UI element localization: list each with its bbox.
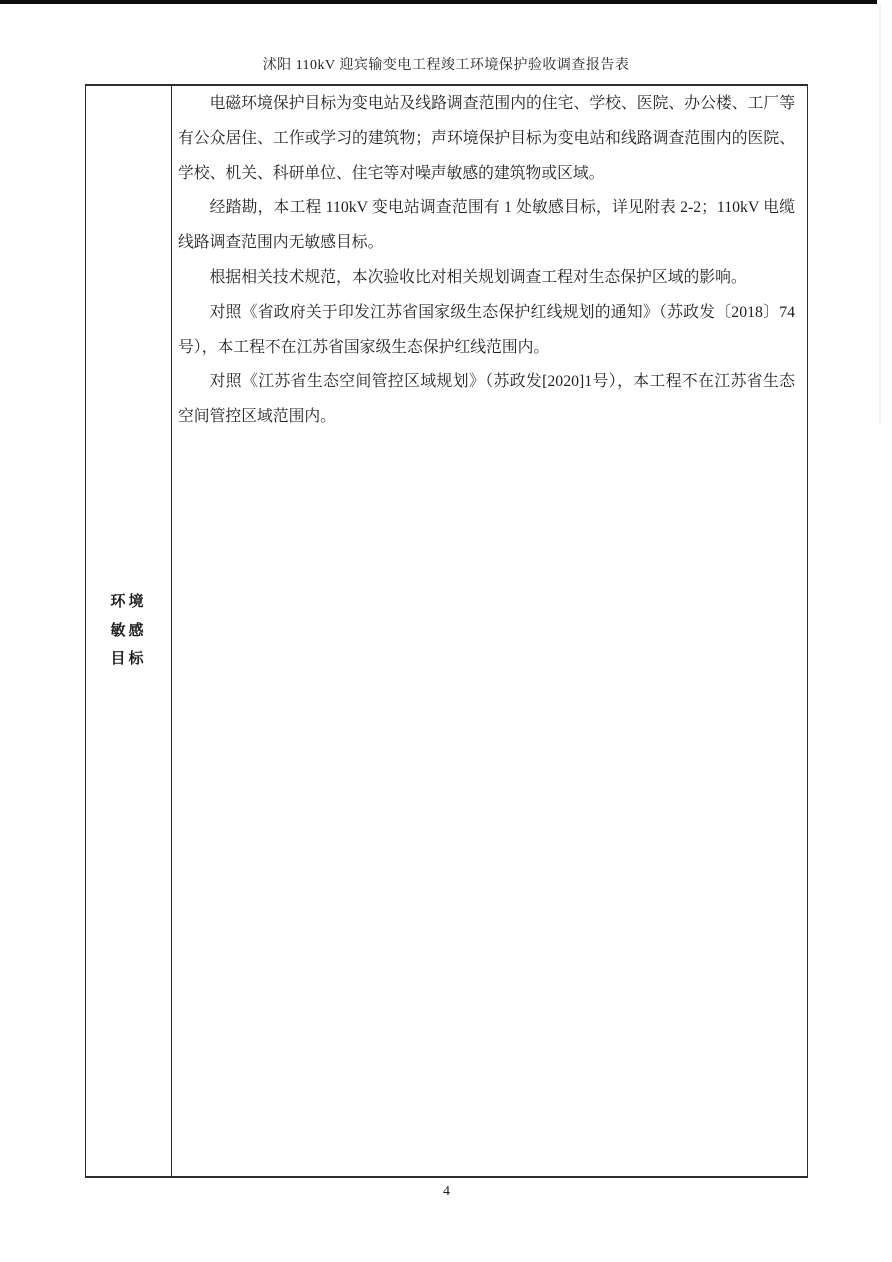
document-header-title: 沭阳 110kV 迎宾输变电工程竣工环境保护验收调查报告表 [0, 56, 892, 76]
paragraph: 根据相关技术规范，本次验收比对相关规划调查工程对生态保护区域的影响。 [178, 261, 795, 296]
page-number: 4 [443, 1184, 450, 1199]
page-footer: 4 [85, 1182, 808, 1200]
row-label-environment-sensitive-targets: 环境敏感目标 [110, 588, 148, 674]
paragraph: 经踏勘，本工程 110kV 变电站调查范围有 1 处敏感目标，详见附表 2-2；… [178, 191, 795, 261]
document-page: 沭阳 110kV 迎宾输变电工程竣工环境保护验收调查报告表 环境敏感目标 电磁环… [0, 0, 892, 1262]
paragraph: 电磁环境保护目标为变电站及线路调查范围内的住宅、学校、医院、办公楼、工厂等有公众… [178, 87, 795, 191]
paragraph: 对照《江苏省生态空间管控区域规划》（苏政发[2020]1号），本工程不在江苏省生… [178, 365, 795, 435]
paragraph: 对照《省政府关于印发江苏省国家级生态保护红线规划的通知》（苏政发〔2018〕74… [178, 296, 795, 366]
scan-artifact-top-bar [0, 0, 877, 4]
table-content-cell: 电磁环境保护目标为变电站及线路调查范围内的住宅、学校、医院、办公楼、工厂等有公众… [172, 86, 807, 1176]
table-row-label-cell: 环境敏感目标 [86, 86, 172, 1176]
report-table: 环境敏感目标 电磁环境保护目标为变电站及线路调查范围内的住宅、学校、医院、办公楼… [85, 84, 808, 1178]
